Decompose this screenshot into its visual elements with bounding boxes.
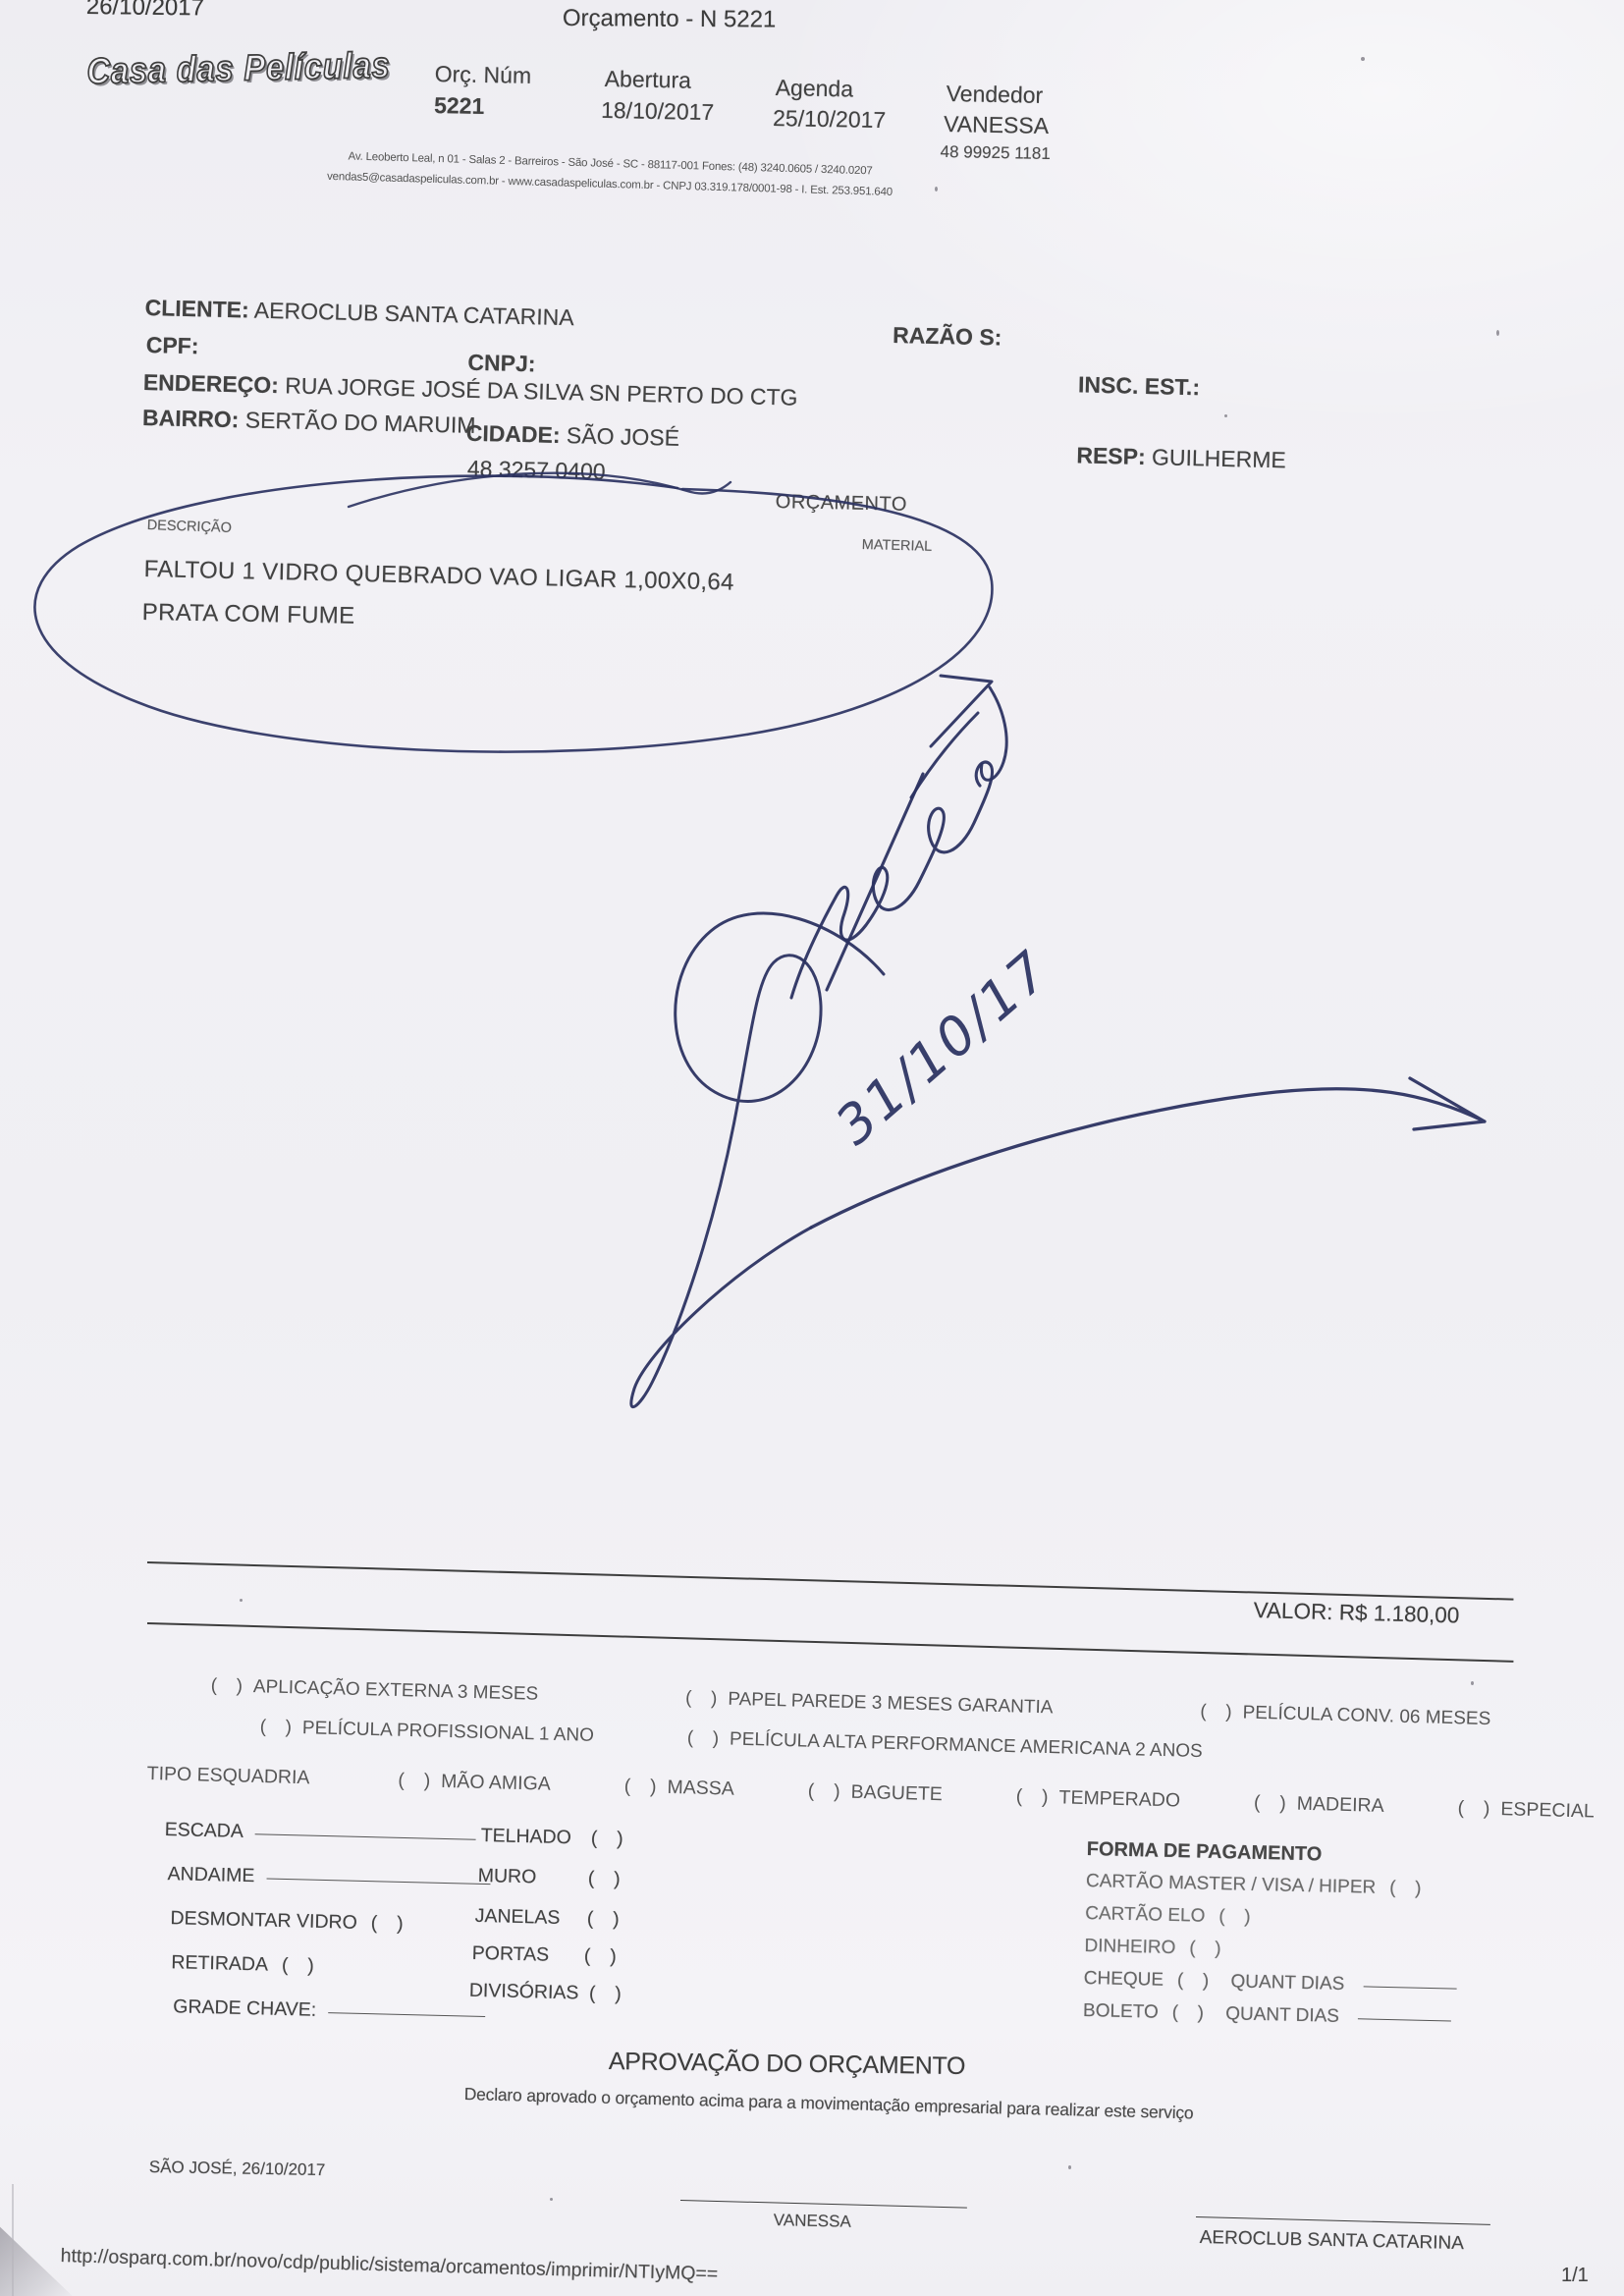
approval-declaration: Declaro aprovado o orçamento acima para …	[463, 2084, 1193, 2123]
option-aplicacao-externa: ( )APLICAÇÃO EXTERNA 3 MESES	[210, 1675, 538, 1706]
checkbox: ( )	[589, 1983, 624, 2006]
description-line-1: FALTOU 1 VIDRO QUEBRADO VAO LIGAR 1,00X0…	[143, 556, 734, 597]
service-muro: MURO( )	[477, 1865, 623, 1891]
cidade-row: CIDADE: SÃO JOSÉ	[465, 420, 679, 452]
orcamento-section-title: ORÇAMENTO	[776, 491, 908, 517]
scan-speck	[1471, 1681, 1474, 1685]
scan-speck	[240, 1599, 243, 1602]
checkbox: ( )	[1171, 2002, 1207, 2024]
service-portas: PORTAS( )	[472, 1942, 621, 1969]
company-address: Av. Leoberto Leal, n 01 - Salas 2 - Barr…	[296, 145, 925, 204]
company-logo-text: Casa das Películas	[86, 45, 391, 92]
payment-cartao-elo: CARTÃO ELO( )	[1085, 1903, 1254, 1929]
payment-boleto: BOLETO( ) QUANT DIAS	[1083, 2000, 1452, 2031]
checkbox: ( )	[282, 1954, 317, 1977]
payment-title: FORMA DE PAGAMENTO	[1086, 1838, 1322, 1866]
checkbox: ( )	[1254, 1792, 1289, 1815]
checkbox: ( )	[1389, 1878, 1425, 1899]
resp-label: RESP:	[1076, 442, 1146, 469]
option-massa: ( )MASSA	[623, 1776, 734, 1801]
bairro-value: SERTÃO DO MARUIM	[245, 407, 476, 438]
option-baguete: ( )BAGUETE	[807, 1780, 943, 1807]
scan-speck	[1068, 2165, 1071, 2169]
checkbox: ( )	[1218, 1906, 1254, 1928]
resp-row: RESP: GUILHERME	[1076, 442, 1286, 473]
scanned-budget-document: 26/10/2017 Orçamento - N 5221 Casa das P…	[0, 0, 1624, 2296]
checkbox: ( )	[259, 1717, 295, 1738]
checkbox: ( )	[588, 1868, 623, 1891]
checkbox: ( )	[808, 1780, 843, 1803]
agenda-value: 25/10/2017	[773, 105, 887, 134]
client-phone: 48 3257 0400	[467, 456, 606, 485]
option-pelicula-alta-performance: ( )PELÍCULA ALTA PERFORMANCE AMERICANA 2…	[687, 1727, 1203, 1763]
scan-speck	[1496, 330, 1499, 336]
checkbox: ( )	[687, 1727, 723, 1749]
option-especial: ( )ESPECIAL	[1457, 1797, 1595, 1824]
scan-speck	[1224, 414, 1227, 417]
service-retirada: RETIRADA( )	[171, 1951, 317, 1978]
agenda-label: Agenda	[775, 75, 853, 103]
material-column-label: MATERIAL	[862, 537, 933, 555]
checkbox: ( )	[1177, 1970, 1213, 1992]
option-pelicula-conv: ( )PELÍCULA CONV. 06 MESES	[1200, 1701, 1490, 1730]
orc-num-label: Orç. Núm	[434, 61, 531, 89]
print-timestamp: 26/10/2017	[86, 0, 204, 22]
footer-url: http://osparq.com.br/novo/cdp/public/sis…	[60, 2245, 718, 2286]
scan-speck	[550, 2198, 553, 2201]
signature-name-client: AEROCLUB SANTA CATARINA	[1200, 2227, 1465, 2255]
tipo-esquadria-label: TIPO ESQUADRIA	[146, 1763, 309, 1789]
handwriting-overlay: 31/10/17	[0, 0, 1624, 2296]
service-desmontar-vidro: DESMONTAR VIDRO( )	[170, 1907, 406, 1936]
description-line-2: PRATA COM FUME	[142, 599, 355, 630]
scan-speck	[935, 187, 938, 191]
checkbox: ( )	[584, 1945, 620, 1969]
cidade-value: SÃO JOSÉ	[567, 422, 680, 451]
checkbox: ( )	[398, 1770, 433, 1792]
scanner-edge-line	[12, 2184, 14, 2296]
vendedor-phone: 48 99925 1181	[940, 142, 1051, 164]
option-madeira: ( )MADEIRA	[1254, 1792, 1384, 1818]
service-janelas: JANELAS( )	[474, 1905, 623, 1932]
tipo-esquadria-row: TIPO ESQUADRIA ( )MÃO AMIGA ( )MASSA ( )…	[146, 1763, 1595, 1824]
signature-line-vendor	[680, 2200, 967, 2209]
payment-dinheiro: DINHEIRO( )	[1084, 1936, 1224, 1960]
document-title: Orçamento - N 5221	[563, 5, 777, 34]
orc-num-value: 5221	[434, 92, 485, 120]
cliente-value: AEROCLUB SANTA CATARINA	[254, 298, 574, 331]
service-andaime: ANDAIME	[167, 1863, 490, 1893]
cliente-label: CLIENTE:	[144, 295, 249, 322]
signature-top-flourish	[911, 676, 1006, 797]
vendedor-value: VANESSA	[944, 111, 1049, 139]
service-divisorias: DIVISÓRIAS( )	[469, 1980, 625, 2006]
blank-line	[328, 2011, 485, 2017]
checkbox: ( )	[1457, 1797, 1492, 1820]
option-papel-parede: ( )PAPEL PAREDE 3 MESES GARANTIA	[685, 1688, 1054, 1720]
checkbox: ( )	[371, 1912, 406, 1935]
service-telhado: TELHADO( )	[480, 1825, 626, 1851]
signature-name-vendor: VANESSA	[774, 2211, 851, 2232]
endereco-label: ENDEREÇO:	[143, 369, 280, 398]
checkbox: ( )	[623, 1776, 659, 1798]
signature-arrow-swoosh	[811, 1078, 1485, 1228]
valor-total: VALOR: R$ 1.180,00	[1253, 1598, 1459, 1628]
bairro-row: BAIRRO: SERTÃO DO MARUIM	[142, 405, 476, 439]
payment-cheque: CHEQUE( ) QUANT DIAS	[1084, 1968, 1457, 1998]
blank-line	[1363, 1985, 1456, 1989]
option-pelicula-profissional: ( )PELÍCULA PROFISSIONAL 1 ANO	[259, 1717, 594, 1747]
checkbox: ( )	[1015, 1785, 1051, 1808]
approval-title: APROVAÇÃO DO ORÇAMENTO	[609, 2048, 966, 2081]
vendedor-label: Vendedor	[946, 81, 1043, 109]
checkbox: ( )	[685, 1688, 721, 1710]
signature-slash	[827, 774, 923, 990]
abertura-value: 18/10/2017	[601, 97, 715, 126]
checkbox: ( )	[1200, 1701, 1235, 1722]
cidade-label: CIDADE:	[465, 420, 560, 448]
checkbox: ( )	[1189, 1938, 1224, 1959]
valor-value: R$ 1.180,00	[1338, 1600, 1459, 1627]
checkbox: ( )	[210, 1675, 245, 1697]
cnpj-label: CNPJ:	[467, 350, 536, 378]
footer-city-date: SÃO JOSÉ, 26/10/2017	[149, 2158, 326, 2180]
quant-dias-label: QUANT DIAS	[1230, 1971, 1344, 1995]
signature-loop	[631, 913, 884, 1407]
blank-line	[1358, 2017, 1451, 2021]
rule-below-valor	[147, 1622, 1514, 1663]
checkbox: ( )	[591, 1828, 626, 1851]
quant-dias-label: QUANT DIAS	[1225, 2003, 1339, 2027]
razao-label: RAZÃO S:	[893, 322, 1002, 352]
option-temperado: ( )TEMPERADO	[1015, 1785, 1180, 1812]
signature-line-client	[1196, 2216, 1490, 2225]
resp-value: GUILHERME	[1152, 444, 1286, 472]
option-mao-amiga: ( )MÃO AMIGA	[398, 1770, 551, 1796]
service-escada: ESCADA	[164, 1819, 476, 1849]
client-name-row: CLIENTE: AEROCLUB SANTA CATARINA	[144, 295, 574, 331]
company-logo: Casa das Películas	[86, 51, 431, 92]
rule-above-valor	[147, 1561, 1514, 1601]
service-grade-chave: GRADE CHAVE:	[173, 1995, 485, 2026]
blank-line	[255, 1832, 476, 1839]
page-number: 1/1	[1561, 2265, 1589, 2287]
bairro-label: BAIRRO:	[142, 405, 240, 432]
handwritten-date: 31/10/17	[824, 938, 1061, 1156]
valor-label: VALOR:	[1253, 1598, 1332, 1624]
descricao-column-label: DESCRIÇÃO	[146, 518, 232, 536]
checkbox: ( )	[587, 1908, 623, 1932]
abertura-label: Abertura	[604, 66, 691, 94]
scan-speck	[1361, 57, 1365, 61]
insc-est-label: INSC. EST.:	[1078, 371, 1201, 401]
cpf-label: CPF:	[145, 332, 198, 359]
payment-cartao-master: CARTÃO MASTER / VISA / HIPER( )	[1086, 1871, 1425, 1900]
warranty-options-row-2: ( )PELÍCULA PROFISSIONAL 1 ANO ( )PELÍCU…	[259, 1717, 1203, 1763]
signature-scrawl	[791, 762, 993, 998]
blank-line	[266, 1878, 490, 1886]
endereco-value: RUA JORGE JOSÉ DA SILVA SN PERTO DO CTG	[285, 372, 798, 410]
